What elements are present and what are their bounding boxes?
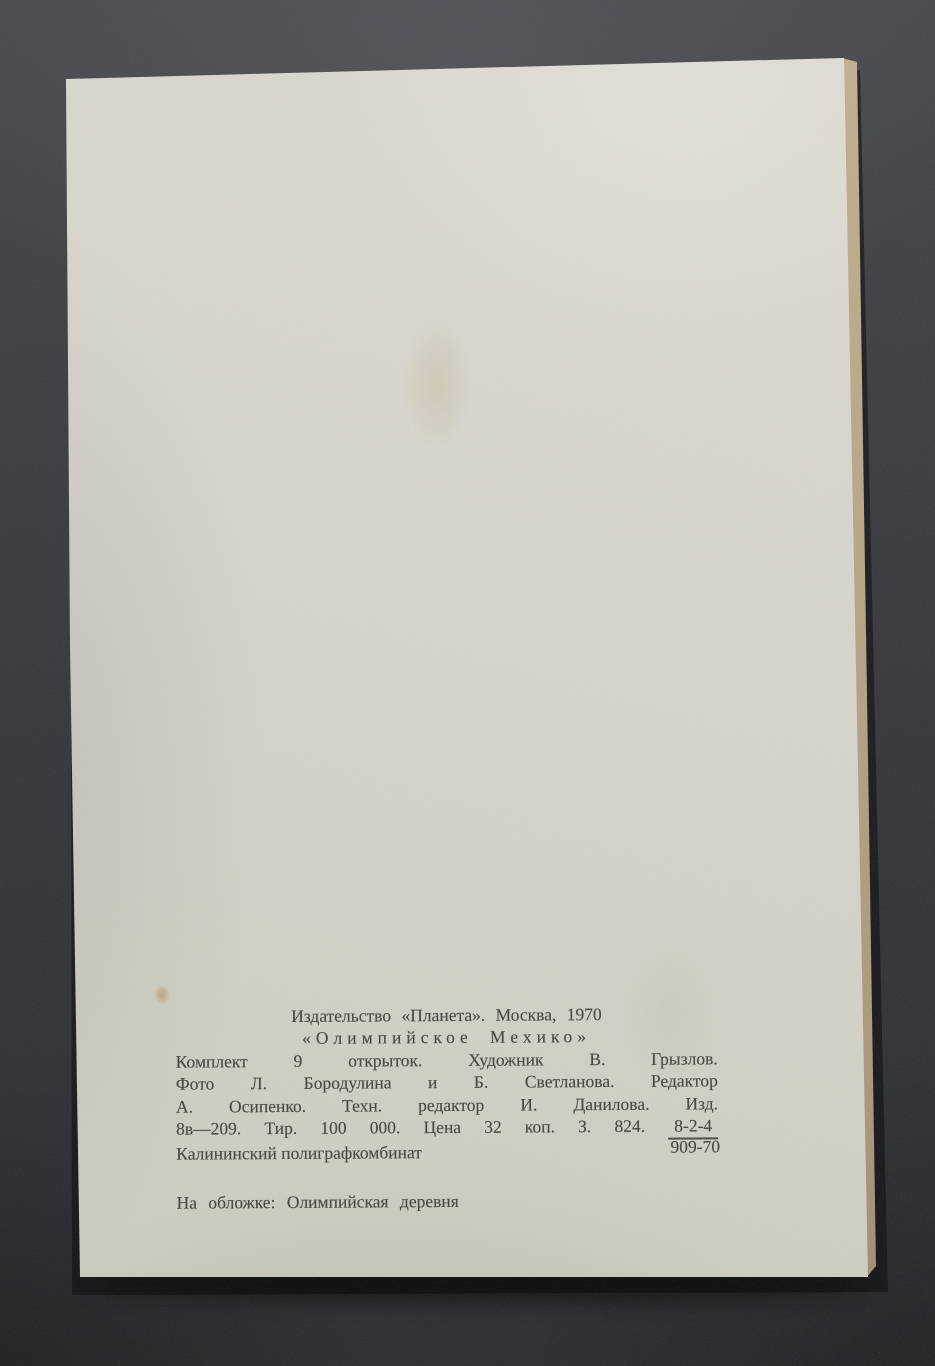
cover-caption: На обложке: Олимпийская деревня — [177, 1188, 719, 1214]
imprint-line-1: Комплект 9 открыток. Художник В. Грызлов… — [176, 1047, 718, 1073]
imprint-line-2: Фото Л. Бородулина и Б. Светланова. Реда… — [176, 1070, 718, 1096]
paper-stain-large — [392, 300, 482, 470]
publisher-line: Издательство «Планета». Москва, 1970 — [175, 1002, 717, 1028]
photo-backdrop: Издательство «Планета». Москва, 1970 «Ол… — [0, 0, 935, 1366]
imprint-line-4-text: 8в—209. Тир. 100 000. Цена 32 коп. З. 82… — [176, 1116, 645, 1139]
imprint-text-block: Издательство «Планета». Москва, 1970 «Ол… — [175, 1002, 718, 1214]
postcard-set-back-cover: Издательство «Планета». Москва, 1970 «Ол… — [0, 0, 935, 1366]
imprint-line-3: А. Осипенко. Техн. редактор И. Данилова.… — [176, 1092, 718, 1118]
printer-line: Калининский полиграфкомбинат — [176, 1140, 718, 1166]
series-title: «Олимпийское Мехико» — [176, 1025, 718, 1051]
print-code-fraction: 8-2-4909-70 — [668, 1114, 718, 1140]
paper-stain-small — [152, 983, 172, 1007]
fraction-denominator: 909-70 — [670, 1135, 720, 1158]
imprint-line-4-with-print-code: 8в—209. Тир. 100 000. Цена 32 коп. З. 82… — [176, 1114, 718, 1143]
